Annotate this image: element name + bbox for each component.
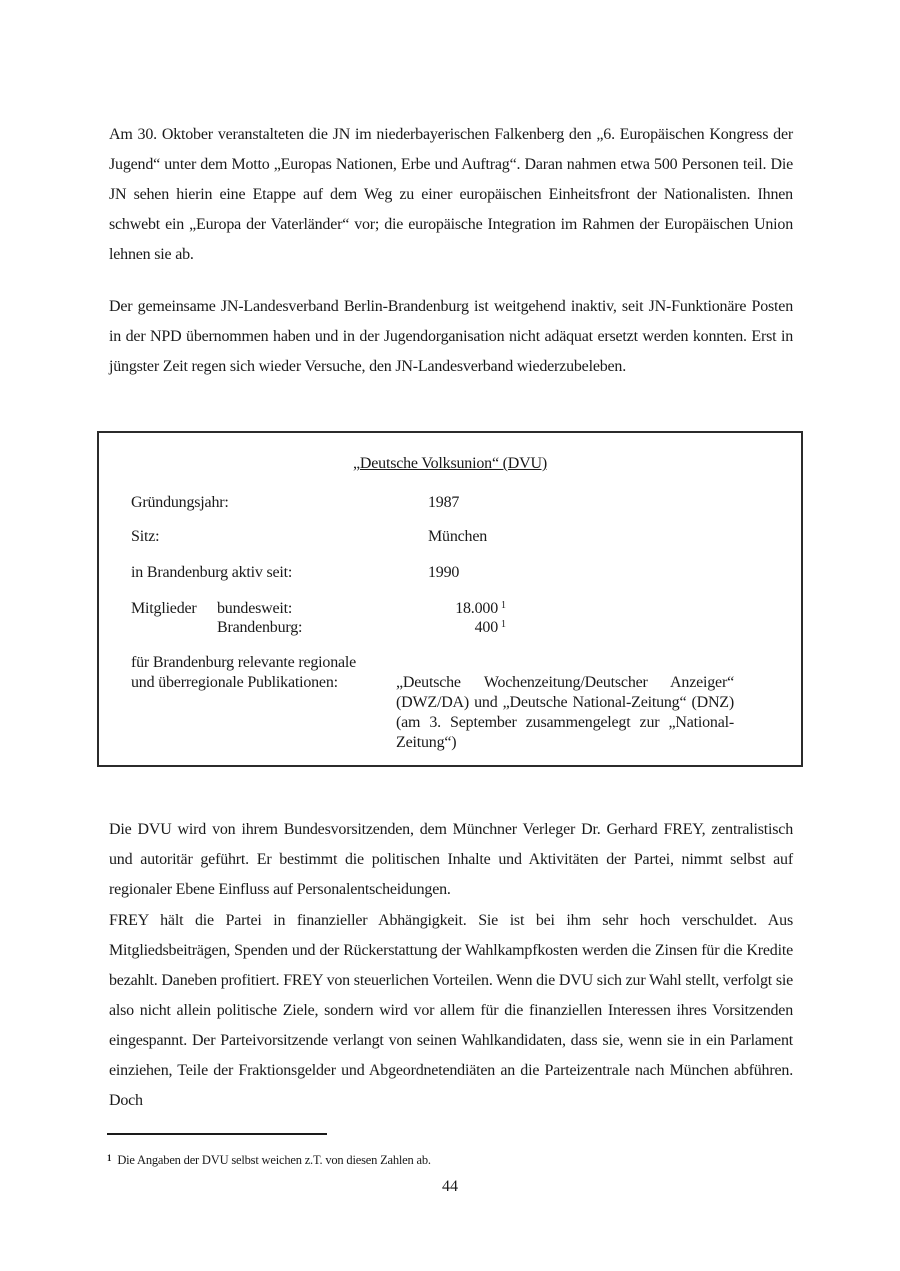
dvu-info-box: „Deutsche Volksunion“ (DVU) Gründungsjah… <box>97 431 803 767</box>
info-box-title: „Deutsche Volksunion“ (DVU) <box>99 455 801 473</box>
members-brandenburg-value: 400 <box>428 618 498 638</box>
publications-label-line1: für Brandenburg relevante regionale <box>131 653 421 673</box>
paragraph-jn-congress: Am 30. Oktober veranstalteten die JN im … <box>109 120 793 270</box>
footnote-ref[interactable]: 1 <box>501 619 506 630</box>
footnote: 1Die Angaben der DVU selbst weichen z.T.… <box>107 1152 431 1168</box>
document-page: Am 30. Oktober veranstalteten die JN im … <box>0 0 900 1271</box>
active-since-value: 1990 <box>428 563 768 583</box>
footnote-text: Die Angaben der DVU selbst weichen z.T. … <box>117 1153 431 1167</box>
members-federal-value: 18.000 <box>428 599 498 619</box>
members-brandenburg-label: Brandenburg: <box>217 618 302 638</box>
page-number: 44 <box>0 1178 900 1196</box>
seat-value: München <box>428 527 768 547</box>
publications-label-line2: und überregionale Publikationen: <box>131 673 421 693</box>
active-since-label: in Brandenburg aktiv seit: <box>131 563 421 583</box>
paragraph-dvu-leadership: Die DVU wird von ihrem Bundesvorsitzende… <box>109 815 793 905</box>
paragraph-dvu-finances: FREY hält die Partei in finanzieller Abh… <box>109 906 793 1116</box>
footnote-mark: 1 <box>107 1153 111 1163</box>
seat-label: Sitz: <box>131 527 421 547</box>
paragraph-jn-landesverband: Der gemeinsame JN-Landesverband Berlin-B… <box>109 292 793 382</box>
footnote-ref[interactable]: 1 <box>501 600 506 611</box>
members-federal-label: bundesweit: <box>217 599 292 619</box>
publications-value: „Deutsche Wochenzeitung/Deutscher Anzeig… <box>396 673 734 753</box>
members-brandenburg-value-cell: 4001 <box>428 618 768 638</box>
founding-year-value: 1987 <box>428 493 768 513</box>
founding-year-label: Gründungsjahr: <box>131 493 421 513</box>
members-federal-value-cell: 18.0001 <box>428 599 768 619</box>
footnote-separator <box>107 1133 327 1135</box>
